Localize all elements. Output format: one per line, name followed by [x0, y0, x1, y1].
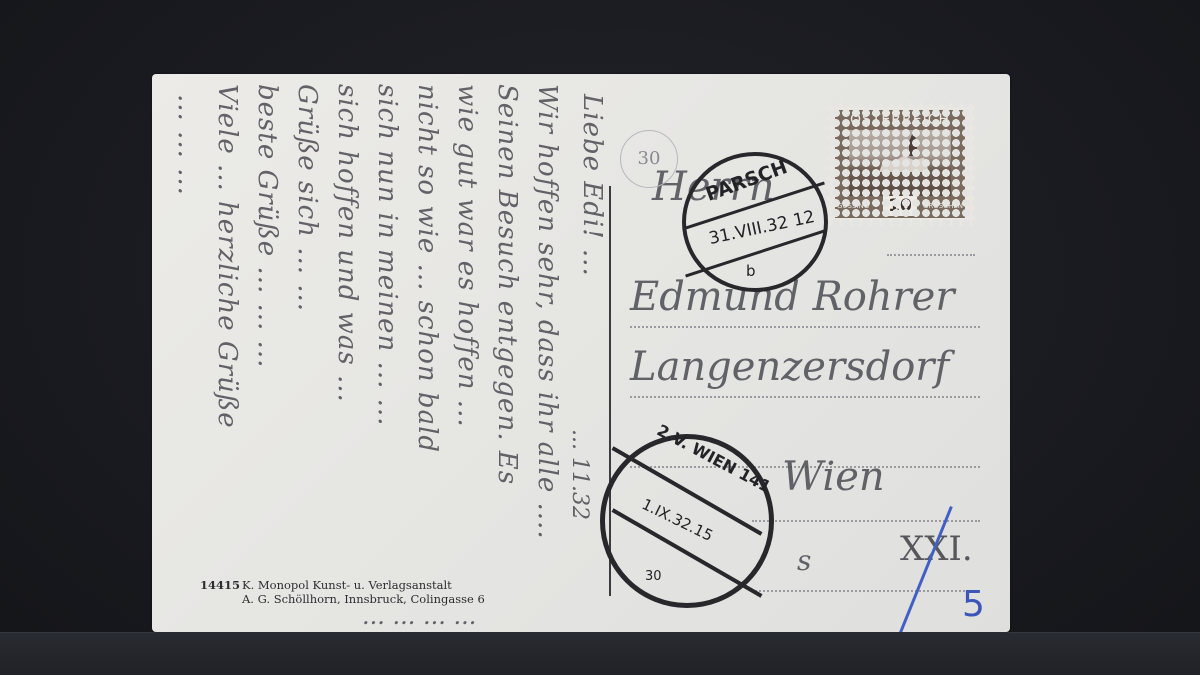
- address-street: Langenzersdorf: [630, 344, 949, 390]
- blue-pencil-slash: [898, 506, 953, 632]
- postmark-parsch: PARSCH 31.VIII.32 12 b: [682, 152, 828, 292]
- handwritten-signature: ... ... ... ...: [362, 602, 476, 630]
- stamp-box-line: [887, 254, 975, 256]
- handwritten-message-line: beste Grüße ... ... ...: [252, 84, 282, 368]
- castle-icon: [879, 154, 929, 172]
- stamp-country: ÖSTERREICH: [835, 112, 965, 128]
- circled-number: 30: [620, 130, 678, 188]
- stamp-place: GÜSSING: [837, 202, 869, 210]
- church-spire-icon: [909, 132, 917, 156]
- handwritten-message-line: sich nun in meinen ... ...: [372, 84, 402, 426]
- address-extra-mark: s: [797, 544, 811, 577]
- display-ledge: [0, 632, 1200, 675]
- imprint-line1: K. Monopol Kunst- u. Verlagsanstalt: [242, 578, 452, 592]
- handwritten-margin-note: ... 11.32: [567, 429, 592, 520]
- handwritten-message-line: ... ... ...: [172, 94, 202, 196]
- publisher-imprint: 14415K. Monopol Kunst- u. Verlagsanstalt…: [200, 578, 485, 606]
- address-city: Wien: [782, 454, 885, 500]
- handwritten-message-line: nicht so wie ... schon bald: [412, 84, 442, 453]
- handwritten-message-line: Liebe Edi! ...: [577, 94, 607, 277]
- postcard-back: Liebe Edi! ... Wir hoffen sehr, dass ihr…: [152, 74, 1010, 632]
- handwritten-message-line: Viele ... herzliche Grüße: [212, 84, 242, 429]
- postmark-code: 30: [645, 569, 662, 584]
- imprint-number: 14415: [200, 578, 242, 592]
- address-line: [630, 396, 980, 398]
- stamp-design: ÖSTERREICH GÜSSING 10 GROSCHEN: [835, 110, 965, 218]
- postage-stamp: ÖSTERREICH GÜSSING 10 GROSCHEN: [825, 102, 975, 226]
- handwritten-message-line: sich hoffen und was ...: [332, 84, 362, 403]
- handwritten-message-line: wie gut war es hoffen ...: [452, 84, 482, 428]
- imprint-line2: A. G. Schöllhorn, Innsbruck, Colingasse …: [200, 592, 485, 606]
- handwritten-message-line: Seinen Besuch entgegen. Es: [492, 84, 522, 485]
- stamp-currency: GROSCHEN: [923, 202, 963, 210]
- postmark-wien: 2.V. WIEN 141 1.IX.32.15 30: [600, 434, 774, 608]
- postmark-code: b: [746, 262, 756, 280]
- handwritten-message-line: Wir hoffen sehr, dass ihr alle ....: [532, 84, 562, 540]
- stamp-value: 10: [883, 196, 917, 216]
- address-district: XXI.: [900, 529, 973, 569]
- blue-pencil-number: 5: [962, 584, 985, 625]
- handwritten-message-line: Grüße sich ... ...: [292, 84, 322, 312]
- address-line: [630, 326, 980, 328]
- address-line: [752, 590, 980, 592]
- stamp-castle-picture: [849, 130, 951, 196]
